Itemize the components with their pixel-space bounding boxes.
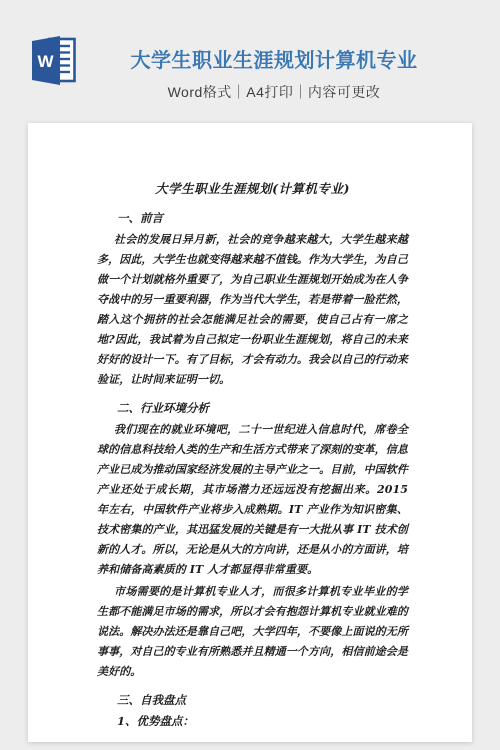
word-icon-letter: W	[37, 52, 54, 71]
header-text-block: 大学生职业生涯规划计算机专业 Word格式｜A4打印｜内容可更改	[90, 44, 458, 102]
word-file-icon: W	[32, 35, 78, 86]
section-heading-self-inventory: 三、自我盘点	[117, 690, 408, 710]
paragraph: 社会的发展日异月新，社会的竞争越来越大，大学生越来越多，因此，大学生也就变得越来…	[97, 230, 408, 390]
document-title: 大学生职业生涯规划(计算机专业)	[97, 179, 408, 199]
subsection-heading-strengths: 1、优势盘点：	[117, 711, 408, 731]
paragraph: 市场需要的是计算机专业人才，而很多计算机专业毕业的学生都不能满足市场的需求，所以…	[97, 582, 408, 682]
section-heading-industry-analysis: 二、行业环境分析	[117, 398, 408, 418]
section-heading-foreword: 一、前言	[117, 208, 408, 228]
document-preview-screen: W 大学生职业生涯规划计算机专业 Word格式｜A4打印｜内容可更改 大学生职业…	[0, 0, 500, 750]
header: W 大学生职业生涯规划计算机专业 Word格式｜A4打印｜内容可更改	[0, 0, 500, 123]
format-meta-line: Word格式｜A4打印｜内容可更改	[90, 82, 458, 102]
page-title: 大学生职业生涯规划计算机专业	[90, 44, 458, 73]
paragraph: 我们现在的就业环境吧，二十一世纪进入信息时代，席卷全球的信息科技给人类的生产和生…	[97, 420, 408, 580]
document-page-preview[interactable]: 大学生职业生涯规划(计算机专业) 一、前言 社会的发展日异月新，社会的竞争越来越…	[28, 123, 472, 742]
